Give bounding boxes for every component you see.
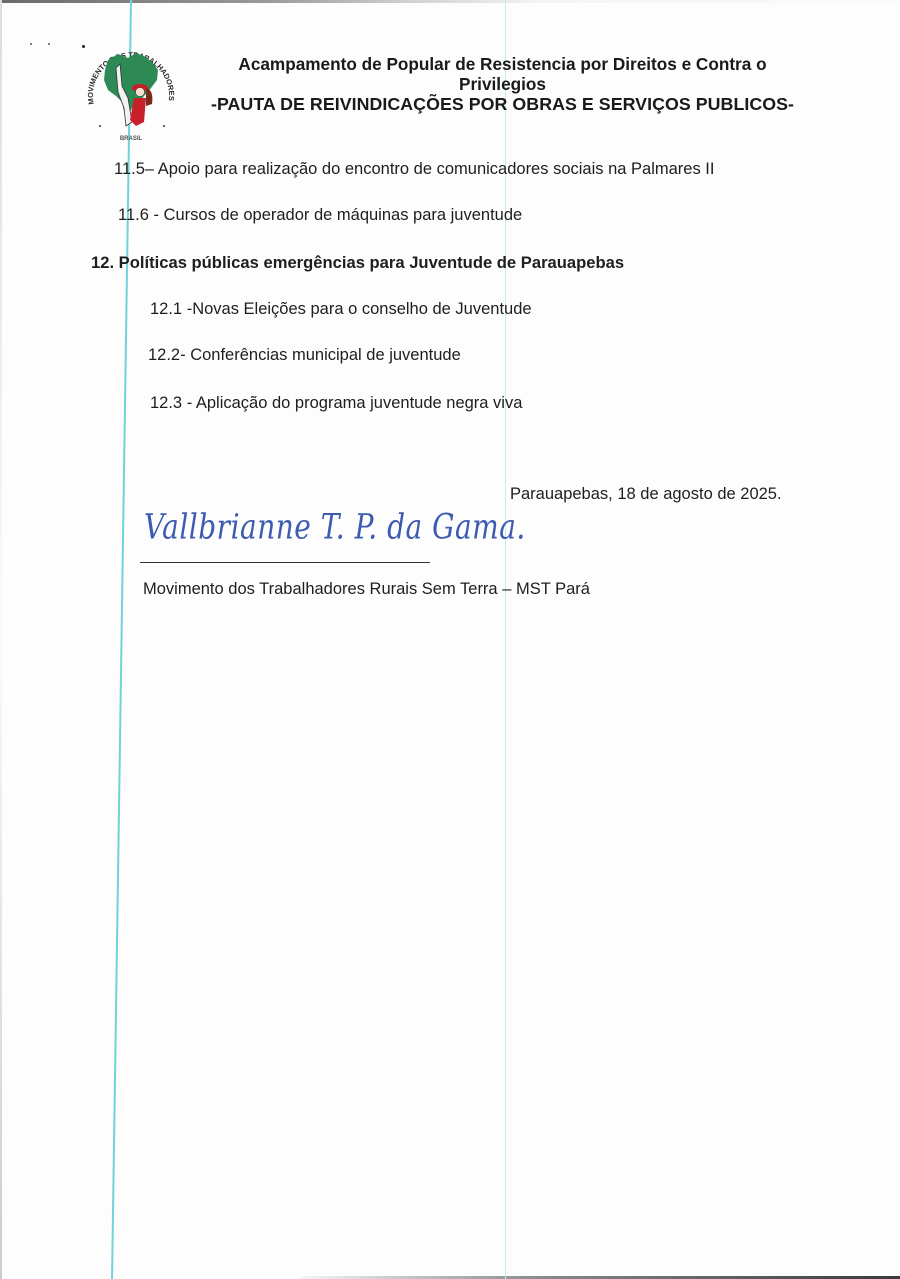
organization-name: Movimento dos Trabalhadores Rurais Sem T… [143,580,590,599]
logo-country-text: BRASIL [120,136,143,142]
scan-guide-line [111,0,132,1279]
scan-edge-left [0,0,2,1279]
header-title-line2: Privilegios [200,74,805,94]
list-item-12-3: 12.3 - Aplicação do programa juventude n… [150,394,522,413]
header-title-line1: Acampamento de Popular de Resistencia po… [200,54,805,74]
header-subtitle: -PAUTA DE REIVINDICAÇÕES POR OBRAS E SER… [200,94,805,114]
mst-logo-icon: MOVIMENTO DOS TRABALHADORES RURAIS SEM T… [78,26,182,146]
list-item-12-2: 12.2- Conferências municipal de juventud… [148,346,461,365]
document-header: Acampamento de Popular de Resistencia po… [200,54,805,114]
list-item-12-1: 12.1 -Novas Eleições para o conselho de … [150,300,532,319]
signature-line [140,562,430,563]
date-line: Parauapebas, 18 de agosto de 2025. [510,485,782,504]
list-item-11-5: 11.5– Apoio para realização do encontro … [114,160,714,179]
list-item-11-6: 11.6 - Cursos de operador de máquinas pa… [118,206,522,225]
signature-handwriting: Vallbrianne T. P. da Gama. [144,506,526,547]
section-heading-12: 12. Políticas públicas emergências para … [91,253,624,273]
scan-guide-line-faint [505,0,506,1279]
scan-edge-top [0,0,900,3]
signature: Vallbrianne T. P. da Gama. [140,512,430,564]
